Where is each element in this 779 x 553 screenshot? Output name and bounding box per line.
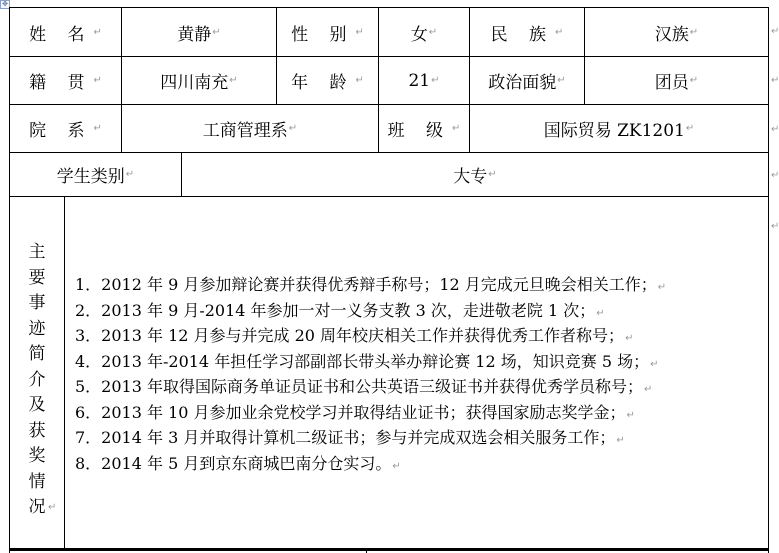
paragraph-mark-icon: ↵	[48, 495, 56, 521]
paragraph-mark-icon: ↵	[690, 75, 698, 86]
paragraph-mark-icon: ↵	[94, 27, 102, 38]
label-char: 况	[29, 497, 46, 517]
ethnicity-value: 汉族	[655, 20, 689, 45]
student-type-label: 学生类别	[57, 162, 125, 187]
student-type-value-cell[interactable]: 大专↵	[181, 152, 769, 197]
item-text: 5．2013 年取得国际商务单证员证书和公共英语三级证书并获得优秀学员称号；	[75, 377, 643, 396]
name-value-cell[interactable]: 黄静↵	[121, 7, 277, 57]
item-text: 4．2013 年-2014 年担任学习部副部长带头举办辩论赛 12 场，知识竞赛…	[75, 352, 649, 371]
name-label-cell: 姓 名↵	[9, 7, 122, 57]
paragraph-mark-icon: ↵	[625, 333, 633, 344]
row-end-mark-icon: ↵	[771, 221, 779, 232]
paragraph-mark-icon: ↵	[431, 75, 439, 86]
paragraph-mark-icon: ↵	[452, 123, 460, 134]
item-text: 2．2013 年 9 月-2014 年参加一对一义务支教 3 次，走进敬老院 1…	[75, 301, 595, 320]
paragraph-mark-icon: ↵	[616, 435, 624, 446]
native-place-label-cell: 籍 贯↵	[9, 56, 122, 105]
paragraph-mark-icon: ↵	[555, 27, 563, 38]
paragraph-mark-icon: ↵	[557, 75, 565, 86]
paragraph-mark-icon: ↵	[289, 123, 297, 134]
list-item: 5．2013 年取得国际商务单证员证书和公共英语三级证书并获得优秀学员称号；↵	[75, 376, 666, 402]
class-label-cell: 班 级↵	[378, 104, 470, 153]
class-label: 班 级	[388, 116, 451, 141]
political-status-label: 政治面貌	[488, 68, 556, 93]
student-type-value: 大专	[453, 162, 487, 187]
paragraph-mark-icon: ↵	[627, 410, 635, 421]
class-value: 国际贸易 ZK1201	[544, 116, 685, 141]
label-char: 要	[27, 266, 47, 292]
paragraph-mark-icon: ↵	[429, 27, 437, 38]
item-text: 8．2014 年 5 月到京东商城巴南分仓实习。	[75, 454, 391, 473]
age-label: 年 龄	[291, 68, 354, 93]
item-text: 1．2012 年 9 月参加辩论赛并获得优秀辩手称号；12 月完成元旦晚会相关工…	[75, 275, 657, 294]
paragraph-mark-icon: ↵	[644, 384, 652, 395]
label-char: 情	[27, 470, 47, 496]
political-status-value: 团员	[655, 68, 689, 93]
age-value: 21	[408, 71, 430, 91]
item-text: 3．2013 年 12 月参与并完成 20 周年校庆相关工作并获得优秀工作者称号…	[75, 326, 624, 345]
gender-value: 女	[411, 20, 428, 45]
native-place-label: 籍 贯	[29, 68, 92, 93]
label-char: 事	[27, 291, 47, 317]
paragraph-mark-icon: ↵	[690, 27, 698, 38]
list-item: 1．2012 年 9 月参加辩论赛并获得优秀辩手称号；12 月完成元旦晚会相关工…	[75, 274, 666, 300]
achievements-list: 1．2012 年 9 月参加辩论赛并获得优秀辩手称号；12 月完成元旦晚会相关工…	[75, 274, 666, 478]
political-status-value-cell[interactable]: 团员↵	[584, 56, 769, 105]
label-char: 获	[27, 419, 47, 445]
list-item: 3．2013 年 12 月参与并完成 20 周年校庆相关工作并获得优秀工作者称号…	[75, 325, 666, 351]
name-value: 黄静	[177, 20, 211, 45]
list-item: 6．2013 年 10 月参加业余党校学习并取得结业证书；获得国家励志奖学金；↵	[75, 402, 666, 428]
name-label: 姓 名	[29, 20, 92, 45]
row-end-mark-icon: ↵	[771, 75, 779, 86]
student-type-label-cell: 学生类别↵	[9, 152, 182, 197]
paragraph-mark-icon: ↵	[686, 123, 694, 134]
department-value-cell[interactable]: 工商管理系↵	[121, 104, 379, 153]
paragraph-mark-icon: ↵	[94, 123, 102, 134]
department-value: 工商管理系	[203, 116, 288, 141]
ethnicity-label-cell: 民 族↵	[469, 7, 585, 57]
row-end-mark-icon: ↵	[771, 26, 779, 37]
native-place-value: 四川南充	[160, 68, 228, 93]
age-label-cell: 年 龄↵	[276, 56, 379, 105]
label-char: 介	[27, 368, 47, 394]
gender-label: 性 别	[291, 20, 354, 45]
achievements-label: 主 要 事 迹 简 介 及 获 奖 情 况↵	[27, 240, 47, 521]
label-char: 主	[27, 240, 47, 266]
paragraph-mark-icon: ↵	[126, 169, 134, 180]
native-place-value-cell[interactable]: 四川南充↵	[121, 56, 277, 105]
department-label: 院 系	[29, 116, 92, 141]
label-char: 及	[27, 393, 47, 419]
gender-label-cell: 性 别↵	[276, 7, 379, 57]
achievements-content-cell[interactable]: 1．2012 年 9 月参加辩论赛并获得优秀辩手称号；12 月完成元旦晚会相关工…	[64, 196, 769, 549]
next-row-cell-left	[9, 549, 367, 553]
row-end-mark-icon: ↵	[771, 124, 779, 135]
item-text: 6．2013 年 10 月参加业余党校学习并取得结业证书；获得国家励志奖学金；	[75, 403, 626, 422]
row-end-mark-icon: ↵	[771, 170, 779, 181]
paragraph-mark-icon: ↵	[356, 75, 364, 86]
label-char: 迹	[27, 317, 47, 343]
class-value-cell[interactable]: 国际贸易 ZK1201↵	[469, 104, 769, 153]
list-item: 7．2014 年 3 月并取得计算机二级证书；参与并完成双选会相关服务工作；↵	[75, 427, 666, 453]
label-char: 简	[27, 342, 47, 368]
list-item: 4．2013 年-2014 年担任学习部副部长带头举办辩论赛 12 场，知识竞赛…	[75, 351, 666, 377]
paragraph-mark-icon: ↵	[650, 359, 658, 370]
label-char: 奖	[27, 444, 47, 470]
next-row-cell-right	[366, 549, 769, 553]
paragraph-mark-icon: ↵	[212, 27, 220, 38]
paragraph-mark-icon: ↵	[229, 75, 237, 86]
list-item: 8．2014 年 5 月到京东商城巴南分仓实习。↵	[75, 453, 666, 479]
age-value-cell[interactable]: 21↵	[378, 56, 470, 105]
gender-value-cell[interactable]: 女↵	[378, 7, 470, 57]
department-label-cell: 院 系↵	[9, 104, 122, 153]
paragraph-mark-icon: ↵	[658, 282, 666, 293]
item-text: 7．2014 年 3 月并取得计算机二级证书；参与并完成双选会相关服务工作；	[75, 428, 615, 447]
ethnicity-value-cell[interactable]: 汉族↵	[584, 7, 769, 57]
political-status-label-cell: 政治面貌↵	[469, 56, 585, 105]
paragraph-mark-icon: ↵	[488, 169, 496, 180]
list-item: 2．2013 年 9 月-2014 年参加一对一义务支教 3 次，走进敬老院 1…	[75, 300, 666, 326]
paragraph-mark-icon: ↵	[392, 461, 400, 472]
paragraph-mark-icon: ↵	[596, 308, 604, 319]
paragraph-mark-icon: ↵	[94, 75, 102, 86]
ethnicity-label: 民 族	[491, 20, 554, 45]
paragraph-mark-icon: ↵	[356, 27, 364, 38]
